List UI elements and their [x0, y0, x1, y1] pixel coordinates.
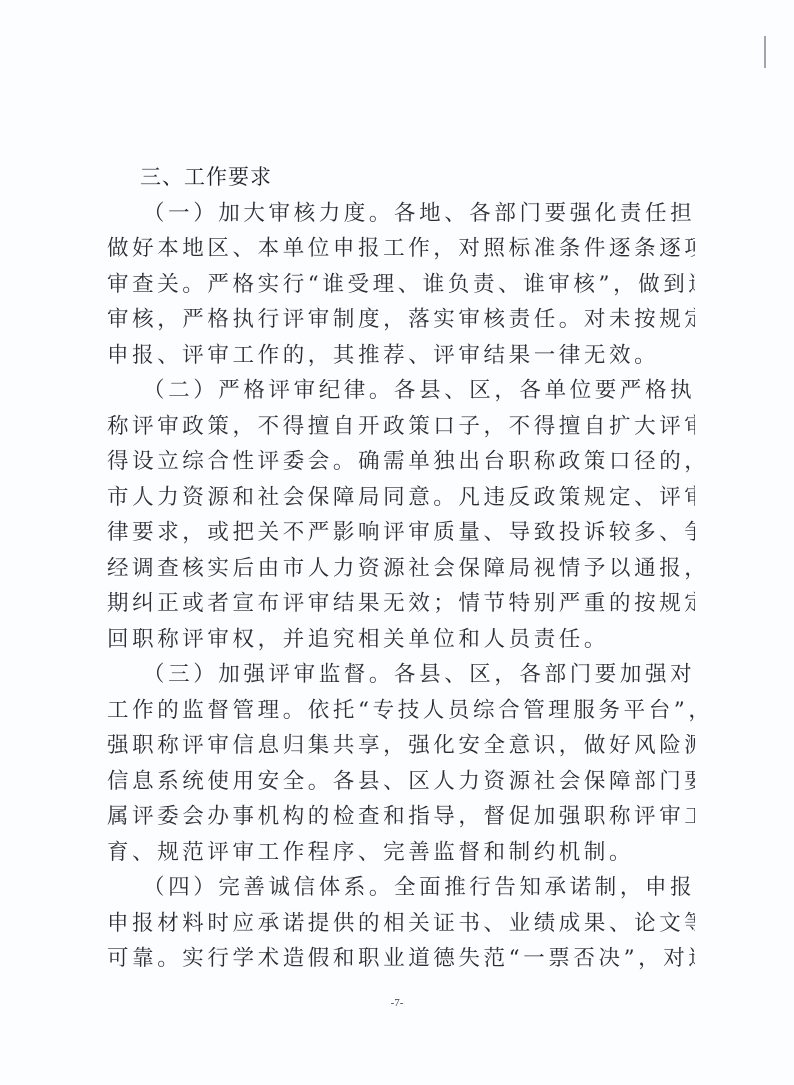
text-line: 审查关。严格实行“谁受理、谁负责、谁审核”，做到逐级推荐: [107, 267, 695, 303]
text-line: （二）严格评审纪律。各县、区，各单位要严格执行各项职: [107, 373, 695, 409]
text-line: 审核，严格执行评审制度，落实审核责任。对未按规定程序开展: [107, 302, 695, 338]
text-line: （一）加大审核力度。各地、各部门要强化责任担当，认真: [107, 196, 695, 232]
text-line: 回职称评审权，并追究相关单位和人员责任。: [107, 622, 695, 658]
text-line: 强职称评审信息归集共享，强化安全意识，做好风险测评，加强: [107, 728, 695, 764]
text-line: 市人力资源和社会保障局同意。凡违反政策规定、评审程序和纪: [107, 480, 695, 516]
paragraph-2: （二）严格评审纪律。各县、区，各单位要严格执行各项职 称评审政策，不得擅自开政策…: [107, 373, 695, 657]
scan-edge-mark: [764, 36, 766, 68]
section-heading: 三、工作要求: [107, 160, 695, 196]
text-line: 律要求，或把关不严影响评审质量、导致投诉较多、争议较大的，: [107, 515, 695, 551]
text-line: 做好本地区、本单位申报工作，对照标准条件逐条逐项把好资格: [107, 231, 695, 267]
text-line: 信息系统使用安全。各县、区人力资源社会保障部门要加强对所: [107, 764, 695, 800]
text-line: （三）加强评审监督。各县、区，各部门要加强对职称评审: [107, 657, 695, 693]
text-line: 期纠正或者宣布评审结果无效；情节特别严重的按规定暂停或收: [107, 586, 695, 622]
text-line: 可靠。实行学术造假和职业道德失范“一票否决”，对通过弄虚: [107, 941, 695, 977]
text-line: 经调查核实后由市人力资源社会保障局视情予以通报，并责令限: [107, 551, 695, 587]
text-line: 工作的监督管理。依托“专技人员综合管理服务平台”，全面加: [107, 693, 695, 729]
text-line: 申报材料时应承诺提供的相关证书、业绩成果、论文等材料真实: [107, 906, 695, 942]
paragraph-3: （三）加强评审监督。各县、区，各部门要加强对职称评审 工作的监督管理。依托“专技…: [107, 657, 695, 870]
text-line: 得设立综合性评委会。确需单独出台职称政策口径的，应事前报: [107, 444, 695, 480]
document-body: 三、工作要求 （一）加大审核力度。各地、各部门要强化责任担当，认真 做好本地区、…: [107, 160, 695, 977]
paragraph-4: （四）完善诚信体系。全面推行告知承诺制，申报人员提交 申报材料时应承诺提供的相关…: [107, 870, 695, 977]
text-line: （四）完善诚信体系。全面推行告知承诺制，申报人员提交: [107, 870, 695, 906]
text-line: 称评审政策，不得擅自开政策口子，不得擅自扩大评审范围，不: [107, 409, 695, 445]
text-line: 申报、评审工作的，其推荐、评审结果一律无效。: [107, 338, 695, 374]
paragraph-1: （一）加大审核力度。各地、各部门要强化责任担当，认真 做好本地区、本单位申报工作…: [107, 196, 695, 374]
text-line: 育、规范评审工作程序、完善监督和制约机制。: [107, 835, 695, 871]
text-line: 属评委会办事机构的检查和指导，督促加强职称评审工作纪律教: [107, 799, 695, 835]
page-number: -7-: [0, 997, 794, 1009]
